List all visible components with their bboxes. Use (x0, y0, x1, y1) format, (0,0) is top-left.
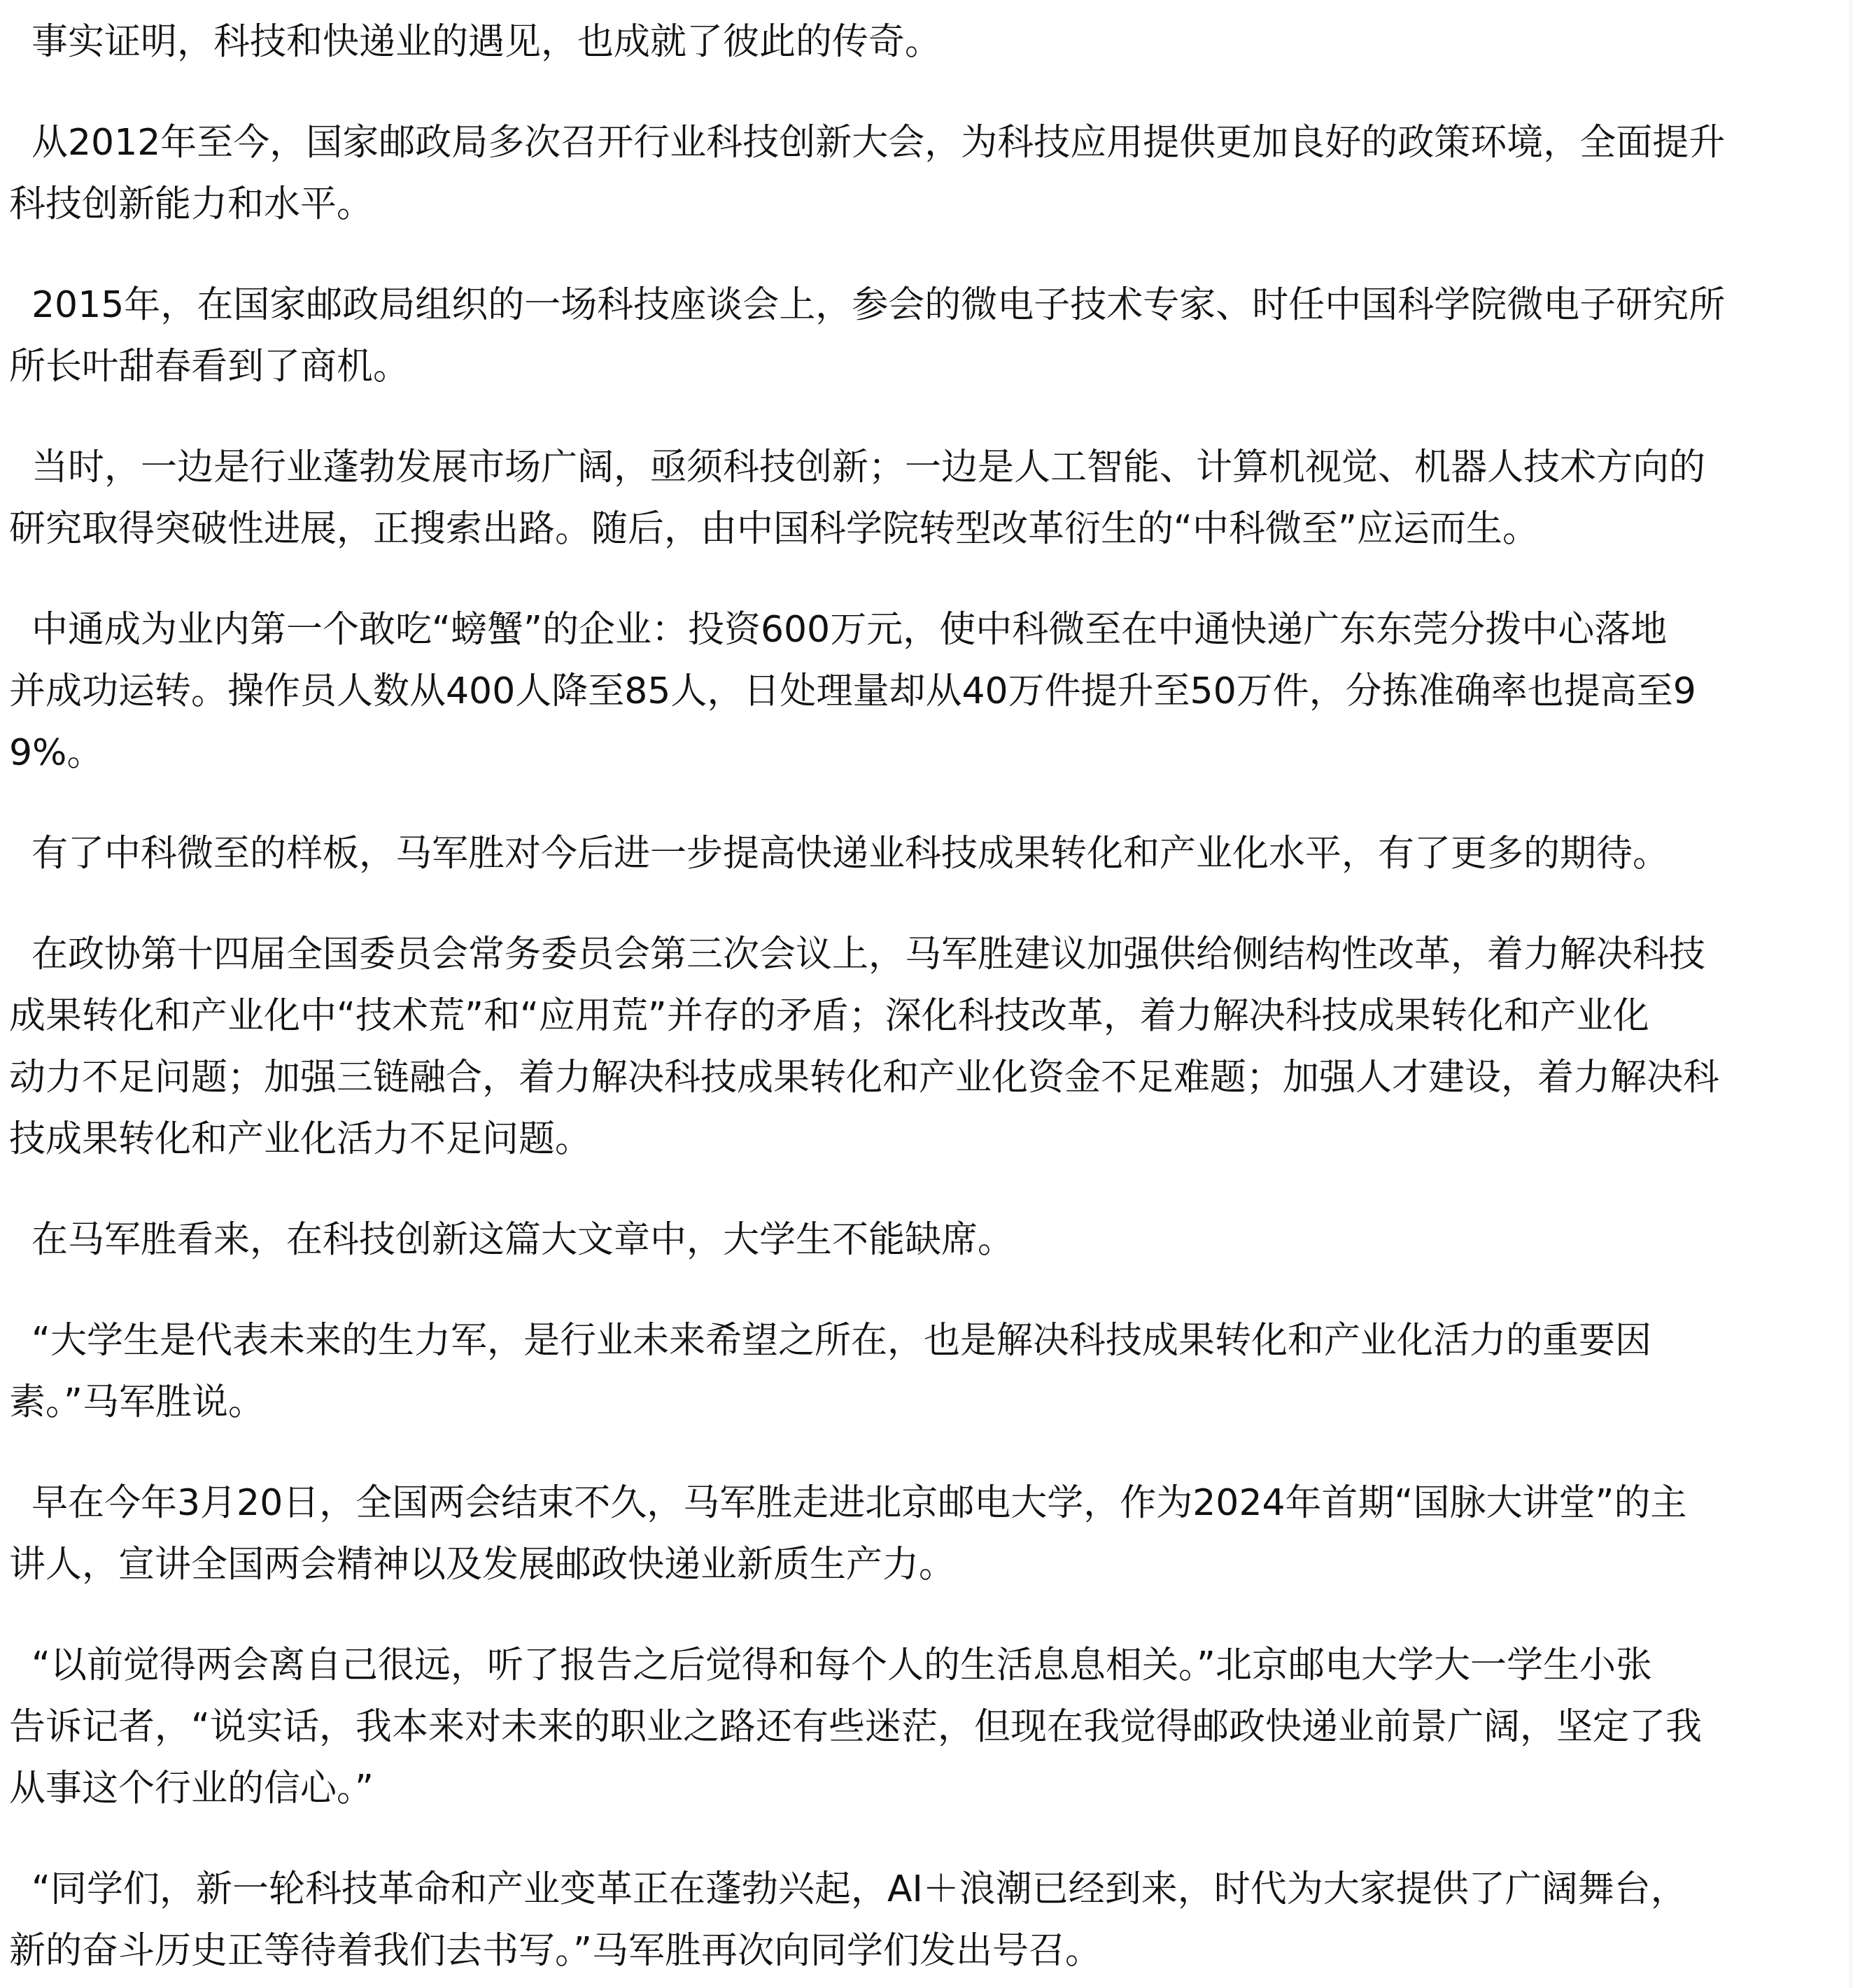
paragraph-line: 中通成为业内第一个敢吃“螃蟹”的企业：投资600万元，使中科微至在中通快递广东东… (9, 599, 1814, 661)
paragraph: 中通成为业内第一个敢吃“螃蟹”的企业：投资600万元，使中科微至在中通快递广东东… (9, 599, 1814, 784)
article-body: 事实证明，科技和快递业的遇见，也成就了彼此的传奇。 从2012年至今，国家邮政局… (0, 0, 1849, 1988)
paragraph: “大学生是代表未来的生力军，是行业未来希望之所在，也是解决科技成果转化和产业化活… (9, 1310, 1814, 1433)
paragraph: “以前觉得两会离自己很远，听了报告之后觉得和每个人的生活息息相关。”北京邮电大学… (9, 1635, 1814, 1819)
paragraph-line: 2015年，在国家邮政局组织的一场科技座谈会上，参会的微电子技术专家、时任中国科… (9, 274, 1814, 336)
paragraph-line: 并成功运转。操作员人数从400人降至85人，日处理量却从40万件提升至50万件，… (9, 661, 1814, 722)
paragraph-line: “同学们，新一轮科技革命和产业变革正在蓬勃兴起，AI＋浪潮已经到来，时代为大家提… (9, 1859, 1814, 1920)
paragraph-line: 素。”马军胜说。 (9, 1372, 1814, 1433)
paragraph-line: 技成果转化和产业化活力不足问题。 (9, 1108, 1814, 1170)
paragraph-line: 讲人，宣讲全国两会精神以及发展邮政快递业新质生产力。 (9, 1534, 1814, 1595)
paragraph-line: 成果转化和产业化中“技术荒”和“应用荒”并存的矛盾；深化科技改革，着力解决科技成… (9, 985, 1814, 1047)
paragraph-line: 所长叶甜春看到了商机。 (9, 336, 1814, 397)
paragraph-line: 9%。 (9, 722, 1814, 784)
paragraph-line: 动力不足问题；加强三链融合，着力解决科技成果转化和产业化资金不足难题；加强人才建… (9, 1047, 1814, 1108)
paragraph: 有了中科微至的样板，马军胜对今后进一步提高快递业科技成果转化和产业化水平，有了更… (9, 823, 1814, 884)
paragraph-line: 有了中科微至的样板，马军胜对今后进一步提高快递业科技成果转化和产业化水平，有了更… (9, 823, 1814, 884)
paragraph-line: 从2012年至今，国家邮政局多次召开行业科技创新大会，为科技应用提供更加良好的政… (9, 112, 1814, 174)
paragraph: “同学们，新一轮科技革命和产业变革正在蓬勃兴起，AI＋浪潮已经到来，时代为大家提… (9, 1859, 1814, 1982)
paragraph: 当时，一边是行业蓬勃发展市场广阔，亟须科技创新；一边是人工智能、计算机视觉、机器… (9, 437, 1814, 560)
paragraph: 在马军胜看来，在科技创新这篇大文章中，大学生不能缺席。 (9, 1209, 1814, 1271)
paragraph: 从2012年至今，国家邮政局多次召开行业科技创新大会，为科技应用提供更加良好的政… (9, 112, 1814, 235)
paragraph: 早在今年3月20日，全国两会结束不久，马军胜走进北京邮电大学，作为2024年首期… (9, 1472, 1814, 1595)
paragraph-line: 研究取得突破性进展，正搜索出路。随后，由中国科学院转型改革衍生的“中科微至”应运… (9, 498, 1814, 560)
scrollbar-track[interactable] (1849, 0, 1853, 1988)
paragraph: 在政协第十四届全国委员会常务委员会第三次会议上，马军胜建议加强供给侧结构性改革，… (9, 924, 1814, 1170)
paragraph: 2015年，在国家邮政局组织的一场科技座谈会上，参会的微电子技术专家、时任中国科… (9, 274, 1814, 397)
paragraph-line: 当时，一边是行业蓬勃发展市场广阔，亟须科技创新；一边是人工智能、计算机视觉、机器… (9, 437, 1814, 498)
paragraph-line: 事实证明，科技和快递业的遇见，也成就了彼此的传奇。 (9, 11, 1814, 73)
paragraph-line: 在马军胜看来，在科技创新这篇大文章中，大学生不能缺席。 (9, 1209, 1814, 1271)
paragraph-line: 告诉记者，“说实话，我本来对未来的职业之路还有些迷茫，但现在我觉得邮政快递业前景… (9, 1696, 1814, 1758)
paragraph-line: 在政协第十四届全国委员会常务委员会第三次会议上，马军胜建议加强供给侧结构性改革，… (9, 924, 1814, 985)
paragraph-line: 新的奋斗历史正等待着我们去书写。”马军胜再次向同学们发出号召。 (9, 1920, 1814, 1982)
paragraph-line: 早在今年3月20日，全国两会结束不久，马军胜走进北京邮电大学，作为2024年首期… (9, 1472, 1814, 1534)
paragraph: 事实证明，科技和快递业的遇见，也成就了彼此的传奇。 (9, 11, 1814, 73)
paragraph-line: 从事这个行业的信心。” (9, 1758, 1814, 1819)
paragraph-line: “大学生是代表未来的生力军，是行业未来希望之所在，也是解决科技成果转化和产业化活… (9, 1310, 1814, 1372)
paragraph-line: 科技创新能力和水平。 (9, 174, 1814, 235)
paragraph-line: “以前觉得两会离自己很远，听了报告之后觉得和每个人的生活息息相关。”北京邮电大学… (9, 1635, 1814, 1696)
